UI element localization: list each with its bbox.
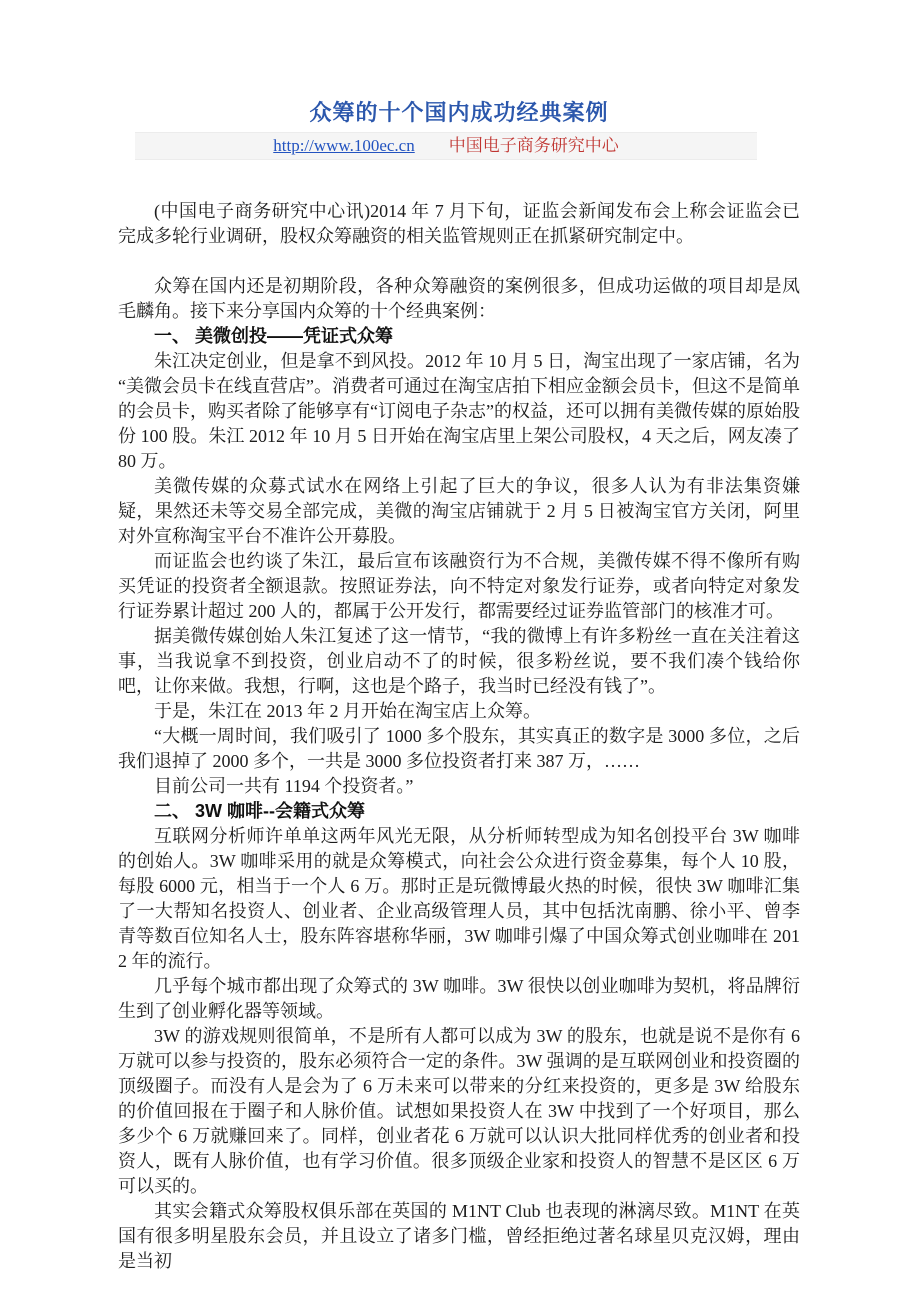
- document-content: 众筹的十个国内成功经典案例 http://www.100ec.cn 中国电子商务…: [118, 0, 800, 1274]
- section-2-heading: 二、 3W 咖啡--会籍式众筹: [118, 799, 800, 824]
- paragraph: 而证监会也约谈了朱江，最后宣布该融资行为不合规，美微传媒不得不像所有购买凭证的投…: [118, 549, 800, 624]
- paragraph: “大概一周时间，我们吸引了 1000 多个股东，其实真正的数字是 3000 多位…: [118, 724, 800, 774]
- paragraph: 几乎每个城市都出现了众筹式的 3W 咖啡。3W 很快以创业咖啡为契机，将品牌衍生…: [118, 974, 800, 1024]
- paragraph-intro: 众筹在国内还是初期阶段，各种众筹融资的案例很多，但成功运做的项目却是凤毛麟角。接…: [118, 274, 800, 324]
- paragraph: 美微传媒的众募式试水在网络上引起了巨大的争议，很多人认为有非法集资嫌疑，果然还未…: [118, 474, 800, 549]
- source-bar: http://www.100ec.cn 中国电子商务研究中心: [135, 132, 757, 160]
- paragraph: 3W 的游戏规则很简单，不是所有人都可以成为 3W 的股东，也就是说不是你有 6…: [118, 1024, 800, 1199]
- section-1-heading: 一、 美微创投——凭证式众筹: [118, 324, 800, 349]
- source-name: 中国电子商务研究中心: [449, 132, 619, 160]
- article-title: 众筹的十个国内成功经典案例: [118, 0, 800, 128]
- article-body: (中国电子商务研究中心讯)2014 年 7 月下旬，证监会新闻发布会上称会证监会…: [118, 199, 800, 1274]
- paragraph: 其实会籍式众筹股权俱乐部在英国的 M1NT Club 也表现的淋漓尽致。M1NT…: [118, 1199, 800, 1274]
- paragraph: 互联网分析师许单单这两年风光无限，从分析师转型成为知名创投平台 3W 咖啡的创始…: [118, 824, 800, 974]
- paragraph: 据美微传媒创始人朱江复述了这一情节，“我的微博上有许多粉丝一直在关注着这事，当我…: [118, 624, 800, 699]
- paragraph: 目前公司一共有 1194 个投资者。”: [118, 774, 800, 799]
- paragraph: 于是，朱江在 2013 年 2 月开始在淘宝店上众筹。: [118, 699, 800, 724]
- paragraph-lede: (中国电子商务研究中心讯)2014 年 7 月下旬，证监会新闻发布会上称会证监会…: [118, 199, 800, 249]
- source-link[interactable]: http://www.100ec.cn: [273, 132, 414, 160]
- paragraph: 朱江决定创业，但是拿不到风投。2012 年 10 月 5 日，淘宝出现了一家店铺…: [118, 349, 800, 474]
- document-page: 众筹的十个国内成功经典案例 http://www.100ec.cn 中国电子商务…: [0, 0, 920, 1302]
